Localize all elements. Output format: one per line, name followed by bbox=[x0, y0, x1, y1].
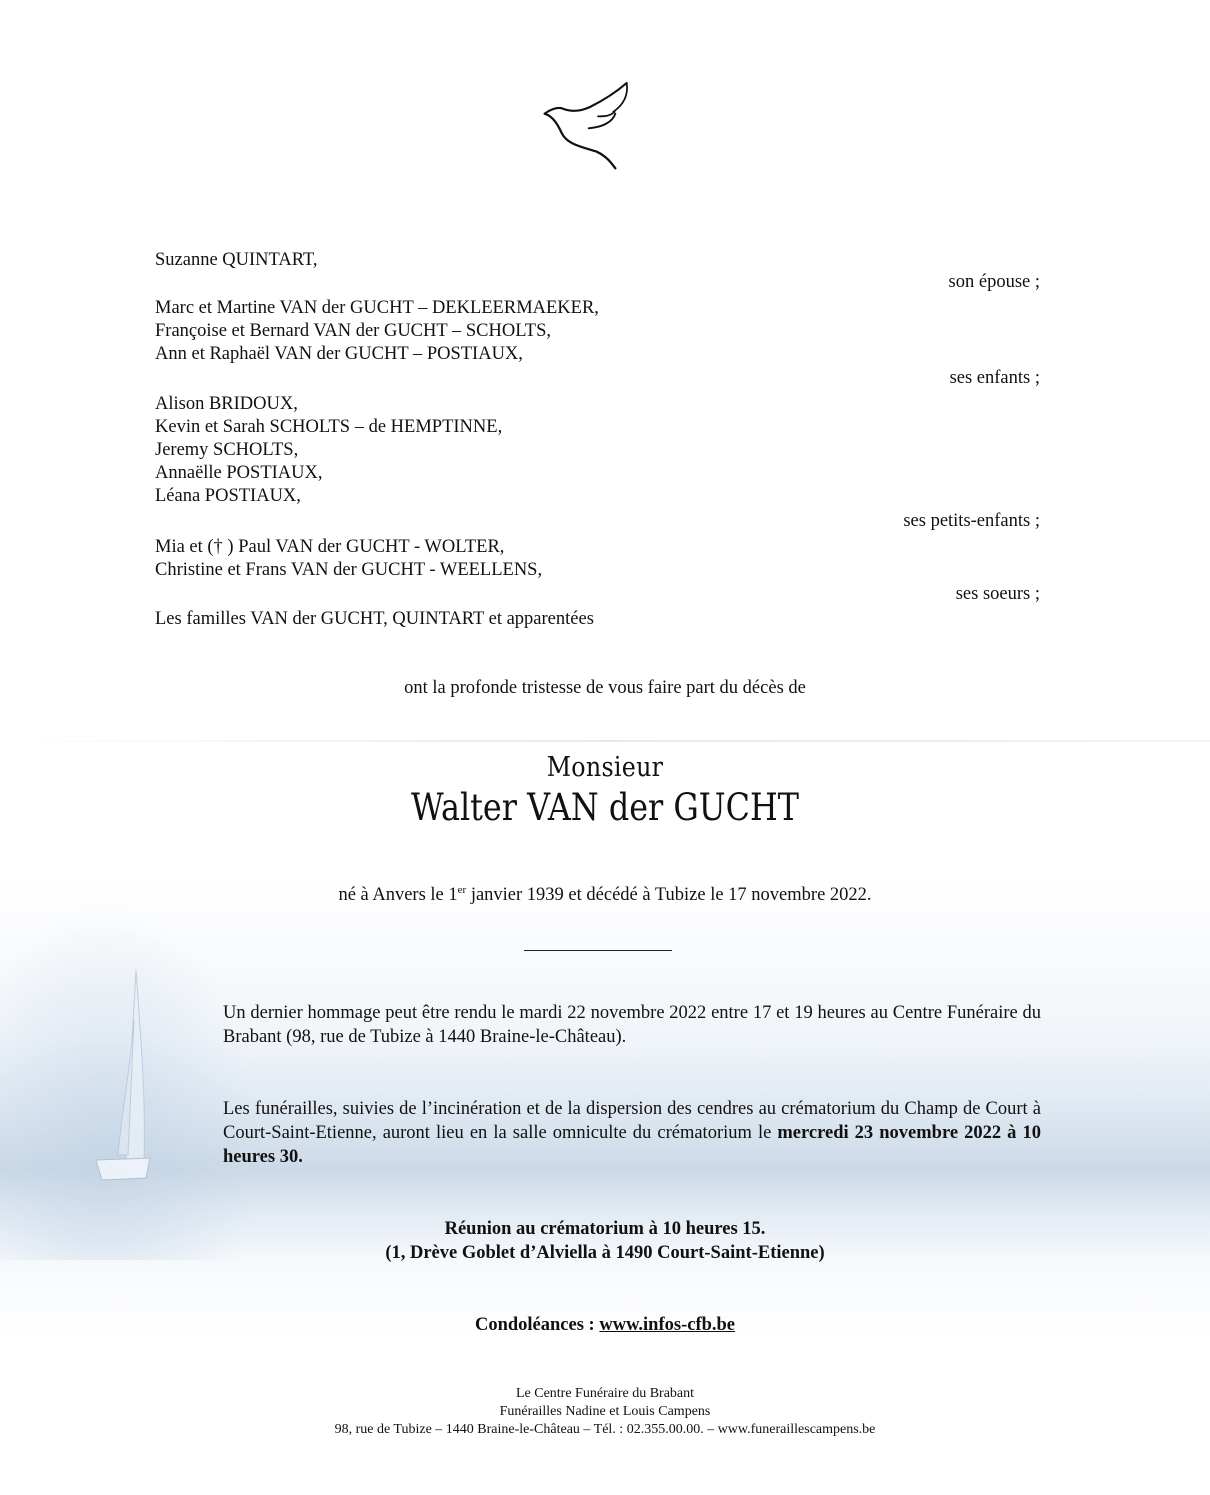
family-name: Ann et Raphaël VAN der GUCHT – POSTIAUX, bbox=[155, 343, 1040, 366]
dates-prefix: né à Anvers le 1 bbox=[338, 885, 457, 905]
relation-label-children: ses enfants ; bbox=[950, 368, 1040, 389]
condolences-label: Condoléances : bbox=[475, 1315, 599, 1335]
tribute-paragraph: Un dernier hommage peut être rendu le ma… bbox=[223, 1001, 1041, 1049]
family-group-grandchildren: Alison BRIDOUX, Kevin et Sarah SCHOLTS –… bbox=[155, 393, 1040, 508]
family-group-children: Marc et Martine VAN der GUCHT – DEKLEERM… bbox=[155, 297, 1040, 366]
birth-death-dates: né à Anvers le 1er janvier 1939 et décéd… bbox=[0, 884, 1210, 906]
family-name: Alison BRIDOUX, bbox=[155, 393, 1040, 416]
deceased-title: Monsieur bbox=[73, 752, 1138, 783]
condolences-line: Condoléances : www.infos-cfb.be bbox=[0, 1315, 1210, 1336]
family-name: Suzanne QUINTART, bbox=[155, 249, 1040, 272]
family-name: Marc et Martine VAN der GUCHT – DEKLEERM… bbox=[155, 297, 1040, 320]
separator-line bbox=[524, 950, 672, 951]
sailboat-icon bbox=[88, 960, 168, 1190]
fold-line bbox=[0, 740, 1210, 742]
announcement-text: ont la profonde tristesse de vous faire … bbox=[0, 678, 1210, 699]
family-name: Christine et Frans VAN der GUCHT - WEELL… bbox=[155, 559, 1040, 582]
family-name: Kevin et Sarah SCHOLTS – de HEMPTINNE, bbox=[155, 416, 1040, 439]
family-name: Françoise et Bernard VAN der GUCHT – SCH… bbox=[155, 320, 1040, 343]
dates-superscript: er bbox=[458, 884, 467, 896]
family-name: Annaëlle POSTIAUX, bbox=[155, 462, 1040, 485]
family-name: Léana POSTIAUX, bbox=[155, 485, 1040, 508]
meeting-address: (1, Drève Goblet d’Alviella à 1490 Court… bbox=[0, 1243, 1210, 1264]
dates-suffix: janvier 1939 et décédé à Tubize le 17 no… bbox=[466, 885, 871, 905]
family-group-sisters: Mia et († ) Paul VAN der GUCHT - WOLTER,… bbox=[155, 536, 1040, 582]
family-name: Jeremy SCHOLTS, bbox=[155, 439, 1040, 462]
family-group-spouse: Suzanne QUINTART, bbox=[155, 249, 1040, 272]
family-name: Mia et († ) Paul VAN der GUCHT - WOLTER, bbox=[155, 536, 1040, 559]
condolences-link[interactable]: www.infos-cfb.be bbox=[599, 1315, 735, 1335]
family-name: Les familles VAN der GUCHT, QUINTART et … bbox=[155, 608, 1040, 631]
footer-undertaker: Funérailles Nadine et Louis Campens bbox=[0, 1403, 1210, 1421]
funeral-paragraph: Les funérailles, suivies de l’incinérati… bbox=[223, 1097, 1041, 1169]
relation-label-spouse: son épouse ; bbox=[949, 272, 1040, 293]
relation-label-grandchildren: ses petits-enfants ; bbox=[903, 511, 1040, 532]
relation-label-sisters: ses soeurs ; bbox=[956, 584, 1040, 605]
meeting-time: Réunion au crématorium à 10 heures 15. bbox=[0, 1219, 1210, 1240]
deceased-name: Walter VAN der GUCHT bbox=[85, 786, 1126, 829]
family-group-extended: Les familles VAN der GUCHT, QUINTART et … bbox=[155, 608, 1040, 631]
dove-icon bbox=[530, 60, 650, 190]
footer-contact: 98, rue de Tubize – 1440 Braine-le-Châte… bbox=[0, 1421, 1210, 1439]
footer-company: Le Centre Funéraire du Brabant bbox=[0, 1385, 1210, 1403]
